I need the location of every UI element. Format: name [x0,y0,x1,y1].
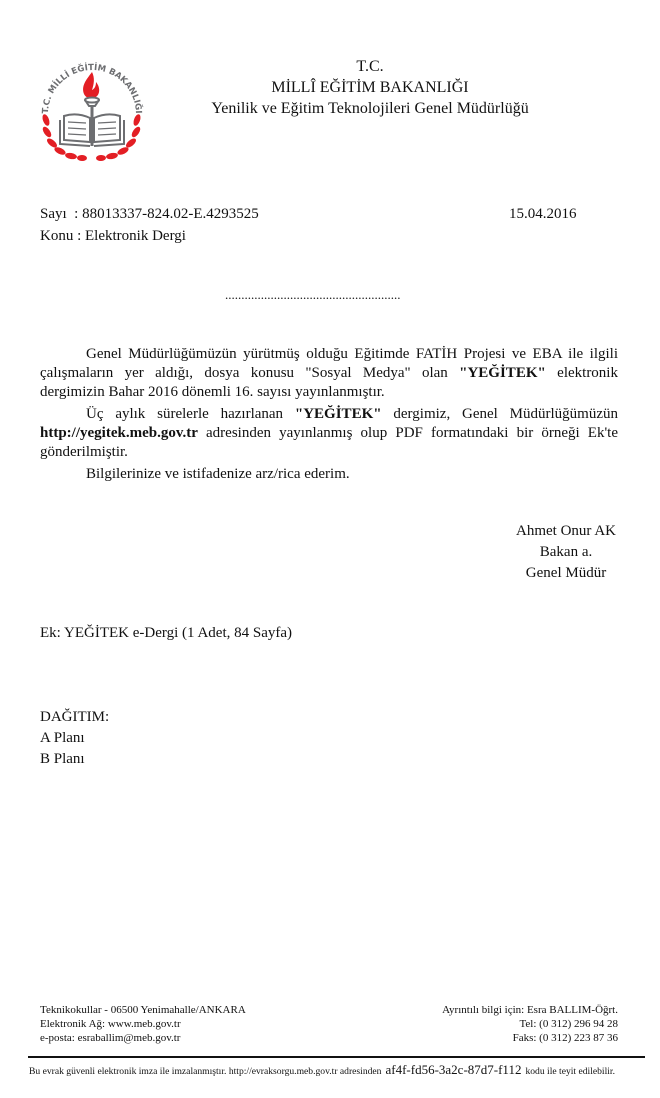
footer-contact: Ayrıntılı bilgi için: Esra BALLIM-Öğrt. [400,1003,618,1017]
addressee-placeholder: ........................................… [225,287,401,303]
verification-suffix: kodu ile teyit edilebilir. [525,1066,615,1077]
footer-email: e-posta: esraballim@meb.gov.tr [40,1031,246,1045]
header-ministry: MİLLÎ EĞİTİM BAKANLIĞI [160,77,580,98]
footer-tel: Tel: (0 312) 296 94 28 [400,1017,618,1031]
distribution-list: DAĞITIM: A Planı B Planı [40,707,109,770]
e-signature-verification: Bu evrak güvenli elektronik imza ile imz… [29,1062,615,1078]
footer-web: Elektronik Ağ: www.meb.gov.tr [40,1017,246,1031]
paragraph-2: Üç aylık sürelerle hazırlanan "YEĞİTEK" … [40,405,618,462]
footer-address: Teknikokullar - 06500 Yenimahalle/ANKARA [40,1003,246,1017]
sayi-value: : 88013337-824.02-E.4293525 [74,206,259,222]
verification-prefix: Bu evrak güvenli elektronik imza ile imz… [29,1066,381,1077]
konu-label: Konu [40,228,73,244]
distribution-item: B Planı [40,749,109,770]
header-tc: T.C. [160,56,580,77]
footer-fax: Faks: (0 312) 223 87 36 [400,1031,618,1045]
distribution-item: A Planı [40,728,109,749]
header-directorate: Yenilik ve Eğitim Teknolojileri Genel Mü… [160,98,580,119]
footer-divider [28,1056,645,1058]
footer-address-block: Teknikokullar - 06500 Yenimahalle/ANKARA… [40,1003,246,1045]
ministry-emblem-icon: T.C. MİLLİ EĞİTİM BAKANLIĞI [34,48,149,163]
paragraph-3: Bilgilerinize ve istifadenize arz/rica e… [40,465,618,484]
distribution-heading: DAĞITIM: [40,707,109,728]
attachment-line: Ek: YEĞİTEK e-Dergi (1 Adet, 84 Sayfa) [40,625,292,642]
signatory-title-2: Genel Müdür [500,563,632,584]
letterhead: T.C. MİLLÎ EĞİTİM BAKANLIĞI Yenilik ve E… [160,56,580,119]
signatory-title-1: Bakan a. [500,542,632,563]
signatory-name: Ahmet Onur AK [500,521,632,542]
footer-contact-block: Ayrıntılı bilgi için: Esra BALLIM-Öğrt. … [400,1003,618,1045]
document-subject: Konu : Elektronik Dergi [40,228,186,245]
signature-block: Ahmet Onur AK Bakan a. Genel Müdür [500,521,632,584]
document-date: 15.04.2016 [509,206,577,223]
letter-body: Genel Müdürlüğümüzün yürütmüş olduğu Eği… [40,345,618,487]
verification-code: af4f-fd56-3a2c-87d7-f112 [385,1062,521,1077]
yegitek-link: http://yegitek.meb.gov.tr [40,425,198,441]
paragraph-1: Genel Müdürlüğümüzün yürütmüş olduğu Eği… [40,345,618,402]
sayi-label: Sayı [40,206,67,222]
document-number: Sayı : 88013337-824.02-E.4293525 [40,206,259,223]
ministry-logo: T.C. MİLLİ EĞİTİM BAKANLIĞI [34,48,149,163]
konu-value: : Elektronik Dergi [77,228,186,244]
